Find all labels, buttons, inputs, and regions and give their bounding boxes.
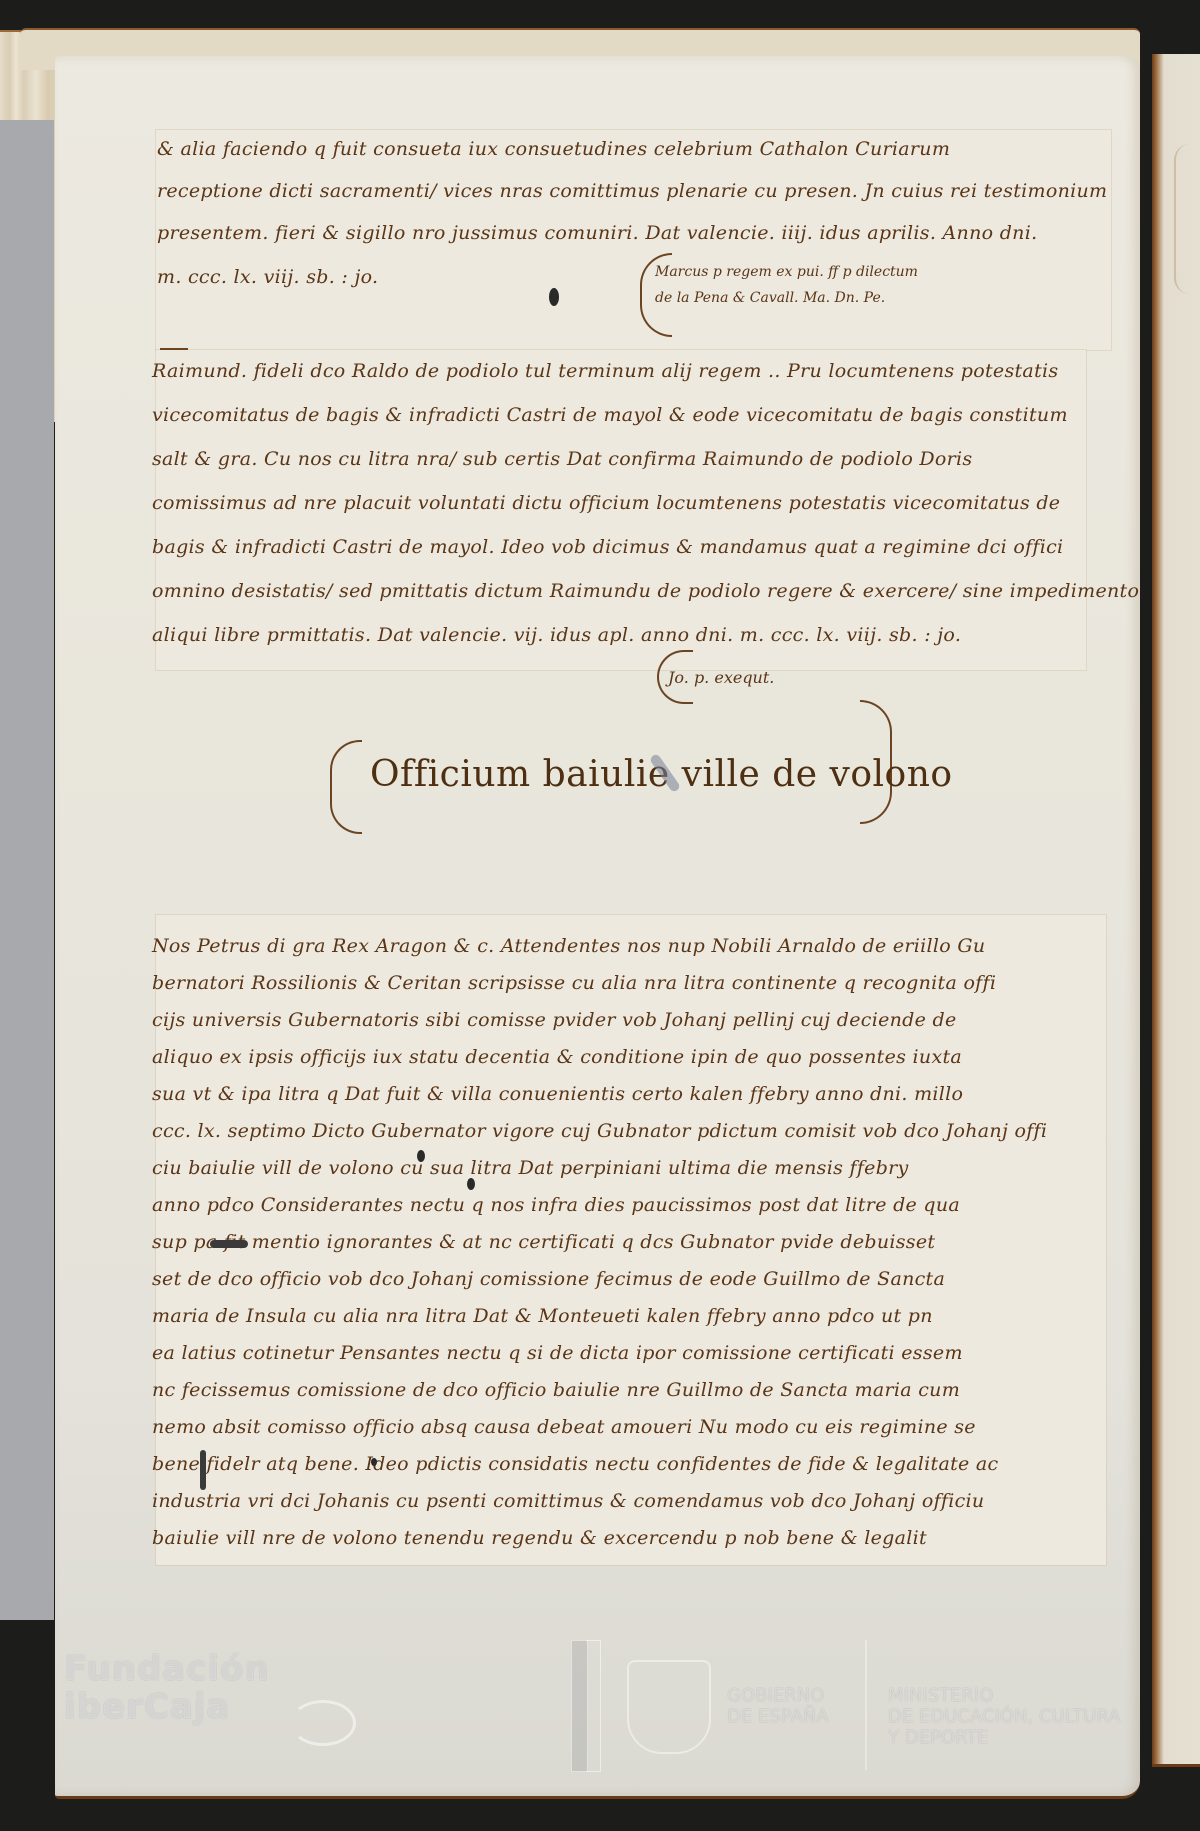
signoff-line: Marcus p regem ex pui. ff p dilectum — [655, 264, 918, 280]
text-line: m. ccc. lx. viij. sb. : jo. — [157, 266, 378, 288]
text-line: omnino desistatis/ sed pmittatis dictum … — [152, 580, 1139, 602]
section-heading: Officium baiulie ville de volono — [330, 740, 890, 840]
fundacion-ibercaja-watermark: Fundación iberCaja — [64, 1650, 270, 1726]
gobierno-espana-watermark: GOBIERNO DE ESPAÑA — [727, 1685, 829, 1727]
text-line: ea latius cotinetur Pensantes nectu q si… — [152, 1342, 963, 1364]
heading-bracket-left — [330, 740, 362, 834]
signoff-line: Jo. p. exequt. — [668, 668, 774, 687]
ink-blot — [467, 1178, 475, 1190]
text-line: nc fecissemus comissione de dco officio … — [152, 1379, 960, 1401]
text-line: Nos Petrus di gra Rex Aragon & c. Attend… — [152, 935, 985, 957]
text-line: bene fidelr atq bene. Ideo pdictis consi… — [152, 1453, 999, 1475]
ink-smudge — [200, 1450, 206, 1490]
text-line: sup pa fit mentio ignorantes & at nc cer… — [152, 1231, 935, 1253]
text-line: cijs universis Gubernatoris sibi comisse… — [152, 1009, 957, 1031]
text-line: salt & gra. Cu nos cu litra nra/ sub cer… — [152, 448, 972, 470]
text-line: sua vt & ipa litra q Dat fuit & villa co… — [152, 1083, 963, 1105]
text-line: comissimus ad nre placuit voluntati dict… — [152, 492, 1060, 514]
text-line: Raimund. fideli dco Raldo de podiolo tul… — [152, 360, 1058, 382]
facing-page-ink-trace — [1174, 144, 1200, 294]
watermark-divider — [865, 1640, 867, 1770]
deporte-text: Y DEPORTE — [888, 1727, 1120, 1748]
text-line: nemo absit comisso officio absq causa de… — [152, 1416, 976, 1438]
espana-text: DE ESPAÑA — [727, 1706, 829, 1727]
text-line: receptione dicti sacramenti/ vices nras … — [157, 180, 1107, 202]
ink-blot — [549, 288, 559, 306]
text-line: anno pdco Considerantes nectu q nos infr… — [152, 1194, 960, 1216]
text-line: vicecomitatus de bagis & infradicti Cast… — [152, 404, 1068, 426]
fundacion-text: Fundación — [64, 1650, 270, 1688]
ministerio-text: MINISTERIO — [888, 1685, 1120, 1706]
text-line: aliqui libre prmittatis. Dat valencie. v… — [152, 624, 961, 646]
educacion-cultura-text: DE EDUCACIÓN, CULTURA — [888, 1706, 1120, 1727]
signoff-line: de la Pena & Cavall. Ma. Dn. Pe. — [655, 290, 885, 306]
text-line: maria de Insula cu alia nra litra Dat & … — [152, 1305, 933, 1327]
ink-blot — [417, 1150, 425, 1162]
facing-page-edge — [1152, 54, 1200, 1767]
text-line: ccc. lx. septimo Dicto Gubernator vigore… — [152, 1120, 1047, 1142]
text-line: industria vri dci Johanis cu psenti comi… — [152, 1490, 984, 1512]
grey-backing-board — [0, 120, 54, 1620]
ink-smudge — [210, 1240, 248, 1248]
text-line: bernatori Rossilionis & Ceritan scripsis… — [152, 972, 996, 994]
text-line: ciu baiulie vill de volono cu sua litra … — [152, 1157, 909, 1179]
text-line: bagis & infradicti Castri de mayol. Ideo… — [152, 536, 1063, 558]
text-line: set de dco officio vob dco Johanj comiss… — [152, 1268, 945, 1290]
ibercaja-text: iberCaja — [64, 1688, 270, 1726]
spain-flag-outline — [586, 1640, 601, 1772]
text-line: & alia faciendo q fuit consueta iux cons… — [157, 138, 950, 160]
spain-coat-of-arms-icon — [627, 1660, 711, 1754]
ibercaja-logo-icon — [290, 1700, 356, 1746]
ink-blot — [371, 1458, 377, 1466]
ministerio-watermark: MINISTERIO DE EDUCACIÓN, CULTURA Y DEPOR… — [888, 1685, 1120, 1748]
text-line: presentem. fieri & sigillo nro jussimus … — [157, 222, 1037, 244]
text-line: aliquo ex ipsis officijs iux statu decen… — [152, 1046, 962, 1068]
gobierno-text: GOBIERNO — [727, 1685, 829, 1706]
text-line: baiulie vill nre de volono tenendu regen… — [152, 1527, 927, 1549]
margin-mark — [160, 348, 188, 350]
